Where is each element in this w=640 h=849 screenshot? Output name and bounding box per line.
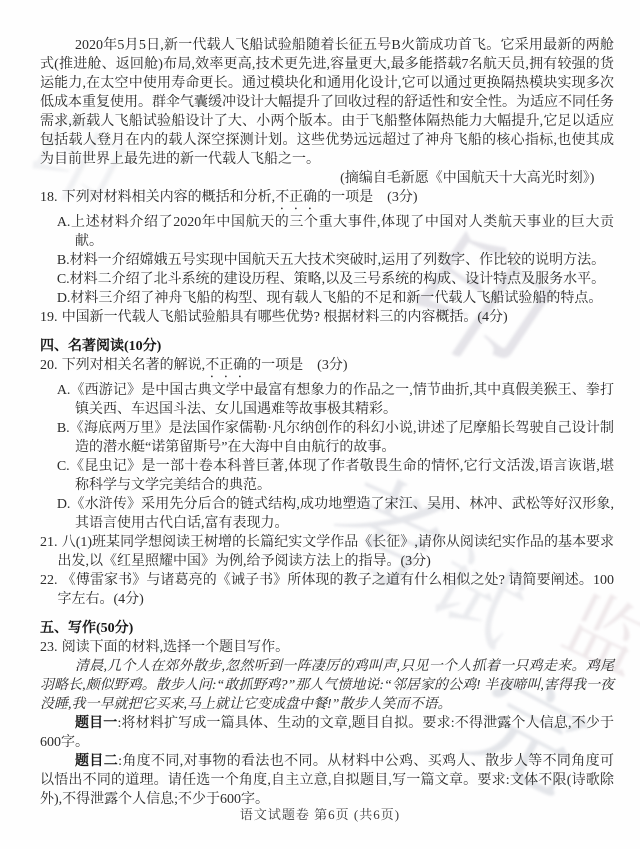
- option-label: D.: [57, 291, 71, 306]
- question-23-intro: 阅读下面的材料,选择一个题目写作。: [62, 640, 290, 655]
- topic-1-label: 题目一: [75, 716, 117, 731]
- option-text: 《海底两万里》是法国作家儒勒·凡尔纳创作的科幻小说,讲述了尼摩船长驾驶自己设计制…: [70, 421, 614, 455]
- question-19: 19.中国新一代载人飞船试验船具有哪些优势? 根据材料三的内容概括。(4分): [40, 308, 614, 327]
- topic-2-label: 题目二: [75, 754, 118, 769]
- question-20: 20.下列对相关名著的解说,不正确的一项是 (3分): [40, 356, 614, 381]
- question-18-option-d: D.材料三介绍了神舟飞船的构型、现有载人飞船的不足和新一代载人飞船试验船的特点。: [40, 289, 614, 308]
- question-18-option-c: C.材料二介绍了北斗系统的建设历程、策略,以及三号系统的构成、设计特点及服务水平…: [40, 270, 614, 289]
- question-21-text: 八(1)班某同学想阅读王树增的长篇纪实文学作品《长征》,请你从阅读纪实作品的基本…: [58, 535, 615, 569]
- question-19-number: 19.: [40, 310, 58, 325]
- question-18-emphasis: 不正确: [275, 190, 317, 205]
- question-18-text-pre: 下列对材料相关内容的概括和分析,: [62, 190, 276, 205]
- section-5-heading: 五、写作(50分): [40, 619, 614, 638]
- material-paragraph: 2020年5月5日,新一代载人飞船试验船随着长征五号B火箭成功首飞。它采用最新的…: [40, 36, 614, 169]
- question-21: 21.八(1)班某同学想阅读王树增的长篇纪实文学作品《长征》,请你从阅读纪实作品…: [40, 533, 614, 571]
- exam-paper-page: 印 印 考 试 完 监 2020年5月5日,新一代载人飞船试验船随着长征五号B火…: [0, 0, 640, 849]
- question-23-topic-2: 题目二:角度不同,对事物的看法也不同。从材料中公鸡、买鸡人、散步人等不同角度可以…: [40, 752, 614, 809]
- page-footer: 语文试题卷 第6页 (共6页): [0, 804, 640, 823]
- option-text: 《西游记》是中国古典文学中最富有想象力的作品之一,情节曲折,其中真假美猴王、拳打…: [70, 383, 614, 417]
- topic-2-text: :角度不同,对事物的看法也不同。从材料中公鸡、买鸡人、散步人等不同角度可以悟出不…: [40, 754, 614, 807]
- exam-content: 2020年5月5日,新一代载人飞船试验船随着长征五号B火箭成功首飞。它采用最新的…: [40, 36, 614, 809]
- option-text: 材料三介绍了神舟飞船的构型、现有载人飞船的不足和新一代载人飞船试验船的特点。: [70, 291, 602, 306]
- question-20-option-b: B.《海底两万里》是法国作家儒勒·凡尔纳创作的科幻小说,讲述了尼摩船长驾驶自己设…: [40, 419, 614, 457]
- question-18-option-a: A.上述材料介绍了2020年中国航天的三个重大事件,体现了中国对人类航天事业的巨…: [40, 213, 614, 251]
- question-22: 22.《傅雷家书》与诸葛亮的《诫子书》所体现的教子之道有什么相似之处? 请简要阐…: [40, 571, 614, 609]
- material-attribution: (摘编自毛新愿《中国航天十大高光时刻》): [40, 169, 614, 188]
- question-23-material: 清晨,几个人在郊外散步,忽然听到一阵凄厉的鸡叫声,只见一个人抓着一只鸡走来。鸡尾…: [40, 657, 614, 714]
- question-20-text-post: 的一项是 (3分): [247, 358, 347, 373]
- question-23: 23.阅读下面的材料,选择一个题目写作。: [40, 638, 614, 657]
- question-20-option-a: A.《西游记》是中国古典文学中最富有想象力的作品之一,情节曲折,其中真假美猴王、…: [40, 381, 614, 419]
- question-22-text: 《傅雷家书》与诸葛亮的《诫子书》所体现的教子之道有什么相似之处? 请简要阐述。1…: [58, 573, 615, 607]
- question-19-text: 中国新一代载人飞船试验船具有哪些优势? 根据材料三的内容概括。(4分): [62, 310, 508, 325]
- option-label: A.: [57, 215, 71, 230]
- question-18: 18.下列对材料相关内容的概括和分析,不正确的一项是 (3分): [40, 188, 614, 213]
- question-20-option-d: D.《水浒传》采用先分后合的链式结构,成功地塑造了宋江、吴用、林冲、武松等好汉形…: [40, 495, 614, 533]
- option-text: 《昆虫记》是一部十卷本科普巨著,体现了作者敬畏生命的情怀,它行文活泼,语言诙谐,…: [70, 459, 614, 493]
- question-18-text-post: 的一项是 (3分): [317, 190, 417, 205]
- option-text: 《水浒传》采用先分后合的链式结构,成功地塑造了宋江、吴用、林冲、武松等好汉形象,…: [70, 497, 614, 531]
- question-20-option-c: C.《昆虫记》是一部十卷本科普巨著,体现了作者敬畏生命的情怀,它行文活泼,语言诙…: [40, 457, 614, 495]
- option-text: 材料一介绍嫦娥五号实现中国航天五大技术突破时,运用了列数字、作比较的说明方法。: [70, 253, 606, 268]
- option-label: C.: [57, 272, 70, 287]
- option-label: D.: [57, 497, 71, 512]
- question-23-topic-1: 题目一:将材料扩写成一篇具体、生动的文章,题目自拟。要求:不得泄露个人信息,不少…: [40, 714, 614, 752]
- option-label: A.: [57, 383, 71, 398]
- question-23-number: 23.: [40, 640, 58, 655]
- question-20-number: 20.: [40, 358, 58, 373]
- question-20-emphasis: 不正确: [205, 358, 247, 373]
- question-22-number: 22.: [40, 573, 58, 588]
- option-label: B.: [57, 253, 70, 268]
- option-text: 材料二介绍了北斗系统的建设历程、策略,以及三号系统的构成、设计特点及服务水平。: [70, 272, 606, 287]
- option-label: B.: [57, 421, 70, 436]
- question-21-number: 21.: [40, 535, 58, 550]
- question-18-number: 18.: [40, 190, 58, 205]
- section-4-heading: 四、名著阅读(10分): [40, 337, 614, 356]
- question-18-option-b: B.材料一介绍嫦娥五号实现中国航天五大技术突破时,运用了列数字、作比较的说明方法…: [40, 251, 614, 270]
- option-text: 上述材料介绍了2020年中国航天的三个重大事件,体现了中国对人类航天事业的巨大贡…: [70, 215, 614, 249]
- question-20-text-pre: 下列对相关名著的解说,: [62, 358, 206, 373]
- option-label: C.: [57, 459, 70, 474]
- topic-1-text: :将材料扩写成一篇具体、生动的文章,题目自拟。要求:不得泄露个人信息,不少于60…: [40, 716, 614, 750]
